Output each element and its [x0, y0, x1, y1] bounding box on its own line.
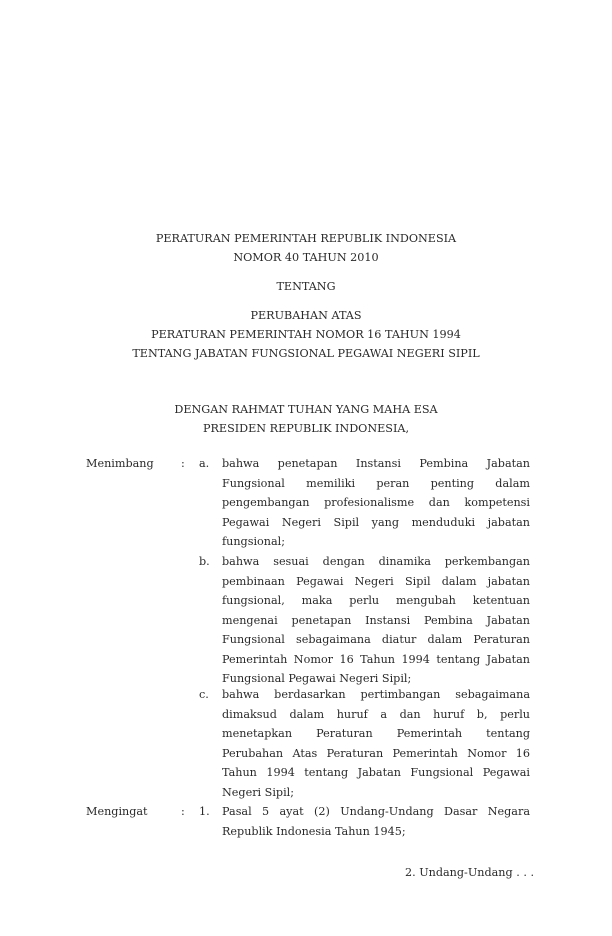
- text-line: Pemerintah Nomor 16 Tahun 1994 tentang J…: [222, 650, 530, 670]
- menimbang-item-c: bahwa berdasarkan pertimbangan sebagaima…: [222, 685, 530, 802]
- menimbang-marker-c: c.: [199, 685, 209, 705]
- text-line: Tahun 1994 tentang Jabatan Fungsional Pe…: [222, 763, 530, 783]
- menimbang-colon: :: [181, 454, 185, 474]
- text-line: menetapkan Peraturan Pemerintah tentang: [222, 724, 530, 744]
- menimbang-label: Menimbang: [86, 454, 154, 474]
- text-line: Perubahan Atas Peraturan Pemerintah Nomo…: [222, 744, 530, 764]
- text-line: dimaksud dalam huruf a dan huruf b, perl…: [222, 705, 530, 725]
- mengingat-label: Mengingat: [86, 802, 148, 822]
- text-line: Negeri Sipil;: [222, 783, 530, 803]
- menimbang-item-b: bahwa sesuai dengan dinamika perkembanga…: [222, 552, 530, 689]
- mengingat-colon: :: [181, 802, 185, 822]
- document-page: PERATURAN PEMERINTAH REPUBLIK INDONESIA …: [0, 0, 612, 936]
- tentang-heading: TENTANG: [0, 277, 612, 296]
- regulation-title: PERATURAN PEMERINTAH REPUBLIK INDONESIA: [0, 229, 612, 248]
- text-line: pengembangan profesionalisme dan kompete…: [222, 493, 530, 513]
- preamble-line-2: PRESIDEN REPUBLIK INDONESIA,: [0, 419, 612, 438]
- preamble-line-1: DENGAN RAHMAT TUHAN YANG MAHA ESA: [0, 400, 612, 419]
- subject-line-2: PERATURAN PEMERINTAH NOMOR 16 TAHUN 1994: [0, 325, 612, 344]
- text-line: mengenai penetapan Instansi Pembina Jaba…: [222, 611, 530, 631]
- text-line: Republik Indonesia Tahun 1945;: [222, 822, 530, 842]
- page-continuation: 2. Undang-Undang . . .: [405, 863, 534, 882]
- text-line: bahwa penetapan Instansi Pembina Jabatan: [222, 454, 530, 474]
- menimbang-item-a: bahwa penetapan Instansi Pembina Jabatan…: [222, 454, 530, 552]
- subject-line-1: PERUBAHAN ATAS: [0, 306, 612, 325]
- text-line: Pegawai Negeri Sipil yang menduduki jaba…: [222, 513, 530, 533]
- text-line: bahwa berdasarkan pertimbangan sebagaima…: [222, 685, 530, 705]
- text-line: bahwa sesuai dengan dinamika perkembanga…: [222, 552, 530, 572]
- text-line: fungsional, maka perlu mengubah ketentua…: [222, 591, 530, 611]
- regulation-number: NOMOR 40 TAHUN 2010: [0, 248, 612, 267]
- text-line: Fungsional memiliki peran penting dalam: [222, 474, 530, 494]
- menimbang-marker-b: b.: [199, 552, 210, 572]
- text-line: fungsional;: [222, 532, 530, 552]
- text-line: pembinaan Pegawai Negeri Sipil dalam jab…: [222, 572, 530, 592]
- mengingat-item-1: Pasal 5 ayat (2) Undang-Undang Dasar Neg…: [222, 802, 530, 841]
- text-line: Pasal 5 ayat (2) Undang-Undang Dasar Neg…: [222, 802, 530, 822]
- subject-line-3: TENTANG JABATAN FUNGSIONAL PEGAWAI NEGER…: [0, 344, 612, 363]
- mengingat-marker-1: 1.: [199, 802, 210, 822]
- text-line: Fungsional sebagaimana diatur dalam Pera…: [222, 630, 530, 650]
- menimbang-marker-a: a.: [199, 454, 209, 474]
